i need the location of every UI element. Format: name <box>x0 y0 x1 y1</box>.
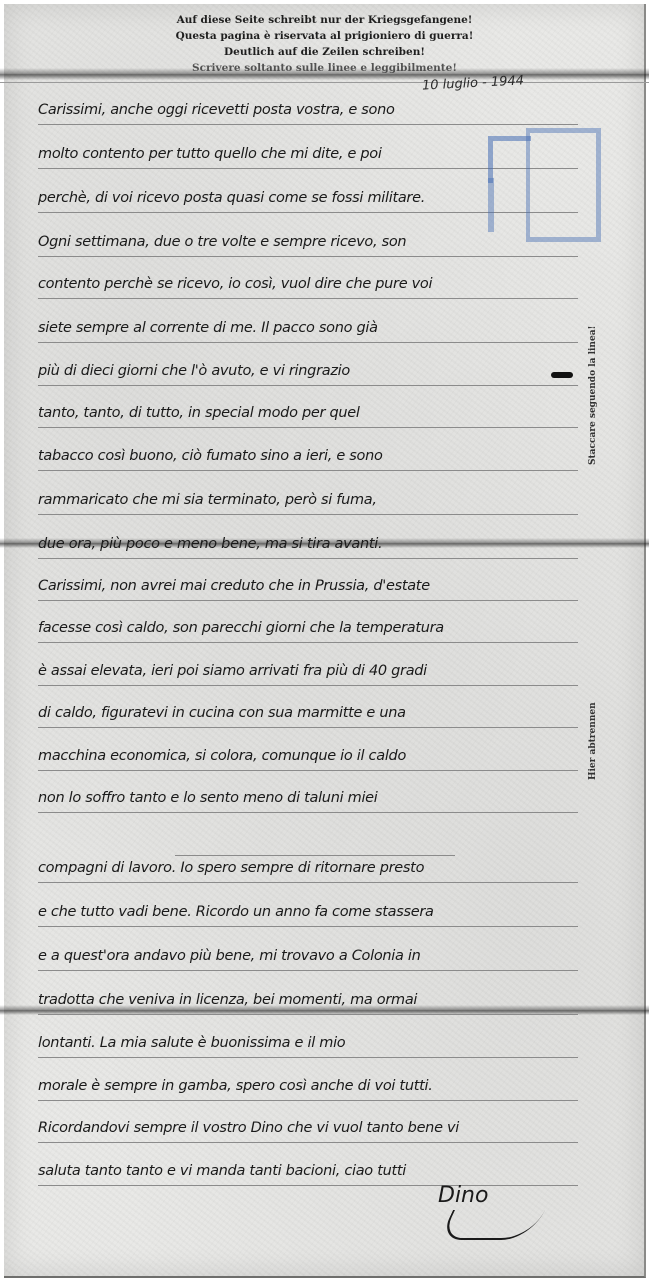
letter-line: siete sempre al corrente di me. Il pacco… <box>38 320 583 336</box>
header-instruction-german: Deutlich auf die Zeilen schreiben! <box>0 44 649 60</box>
ruled-line <box>38 727 578 728</box>
perforation-line <box>0 82 649 83</box>
letter-line: lontanti. La mia salute è buonissima e i… <box>38 1035 583 1051</box>
ruled-line <box>38 685 578 686</box>
ruled-line <box>38 256 578 257</box>
letter-line: Ogni settimana, due o tre volte e sempre… <box>38 234 583 250</box>
ruled-line <box>38 1142 578 1143</box>
letter-line: Ricordandovi sempre il vostro Dino che v… <box>38 1120 583 1136</box>
ruled-line <box>38 1014 578 1015</box>
ruled-line <box>38 558 578 559</box>
letter-line: perchè, di voi ricevo posta quasi come s… <box>38 190 583 206</box>
letter-line: contento perchè se ricevo, io così, vuol… <box>38 276 583 292</box>
ruled-line <box>175 855 455 856</box>
letter-line: e a quest'ora andavo più bene, mi trovav… <box>38 948 583 964</box>
ruled-line <box>38 470 578 471</box>
letter-line: due ora, più poco e meno bene, ma si tir… <box>38 536 583 552</box>
letter-line: morale è sempre in gamba, spero così anc… <box>38 1078 583 1094</box>
letter-line: non lo soffro tanto e lo sento meno di t… <box>38 790 583 806</box>
ruled-line <box>38 298 578 299</box>
letter-line: e che tutto vadi bene. Ricordo un anno f… <box>38 904 583 920</box>
ruled-line <box>38 212 578 213</box>
printed-header: Auf diese Seite schreibt nur der Kriegsg… <box>0 12 649 76</box>
ruled-line <box>38 926 578 927</box>
ruled-line <box>38 970 578 971</box>
letter-line: tabacco così buono, ciò fumato sino a ie… <box>38 448 583 464</box>
ruled-line <box>38 1185 578 1186</box>
letter-line: molto contento per tutto quello che mi d… <box>38 146 583 162</box>
ruled-line <box>38 342 578 343</box>
ruled-line <box>38 385 578 386</box>
letter-line: rammaricato che mi sia terminato, però s… <box>38 492 583 508</box>
ruled-line <box>38 600 578 601</box>
header-line-italian: Questa pagina è riservata al prigioniero… <box>0 28 649 44</box>
side-label-tear-here: Hier abtrennen <box>588 702 598 780</box>
ruled-line <box>38 427 578 428</box>
letter-line: facesse così caldo, son parecchi giorni … <box>38 620 583 636</box>
ruled-line <box>38 882 578 883</box>
letter-line: più di dieci giorni che l'ò avuto, e vi … <box>38 363 583 379</box>
letter-line: saluta tanto tanto e vi manda tanti baci… <box>38 1163 583 1179</box>
letter-line: è assai elevata, ieri poi siamo arrivati… <box>38 663 583 679</box>
letter-line: di caldo, figuratevi in cucina con sua m… <box>38 705 583 721</box>
ruled-line <box>38 642 578 643</box>
ruled-line <box>38 514 578 515</box>
ruled-line <box>38 812 578 813</box>
ink-blot <box>551 372 573 378</box>
letter-line: compagni di lavoro. Io spero sempre di r… <box>38 860 583 876</box>
ruled-line <box>38 1100 578 1101</box>
ruled-line <box>38 1057 578 1058</box>
letter-line: tanto, tanto, di tutto, in special modo … <box>38 405 583 421</box>
ruled-line <box>38 168 578 169</box>
letter-line: Carissimi, non avrei mai creduto che in … <box>38 578 583 594</box>
letter-line: Carissimi, anche oggi ricevetti posta vo… <box>38 102 583 118</box>
letter-line: tradotta che veniva in licenza, bei mome… <box>38 992 583 1008</box>
ruled-line <box>38 124 578 125</box>
ruled-line <box>38 770 578 771</box>
signature: Dino <box>438 1183 488 1208</box>
side-label-detach: Staccare seguendo la linea! <box>588 326 598 465</box>
fold-crease <box>0 68 649 80</box>
letter-line: macchina economica, si colora, comunque … <box>38 748 583 764</box>
header-line-german: Auf diese Seite schreibt nur der Kriegsg… <box>0 12 649 28</box>
